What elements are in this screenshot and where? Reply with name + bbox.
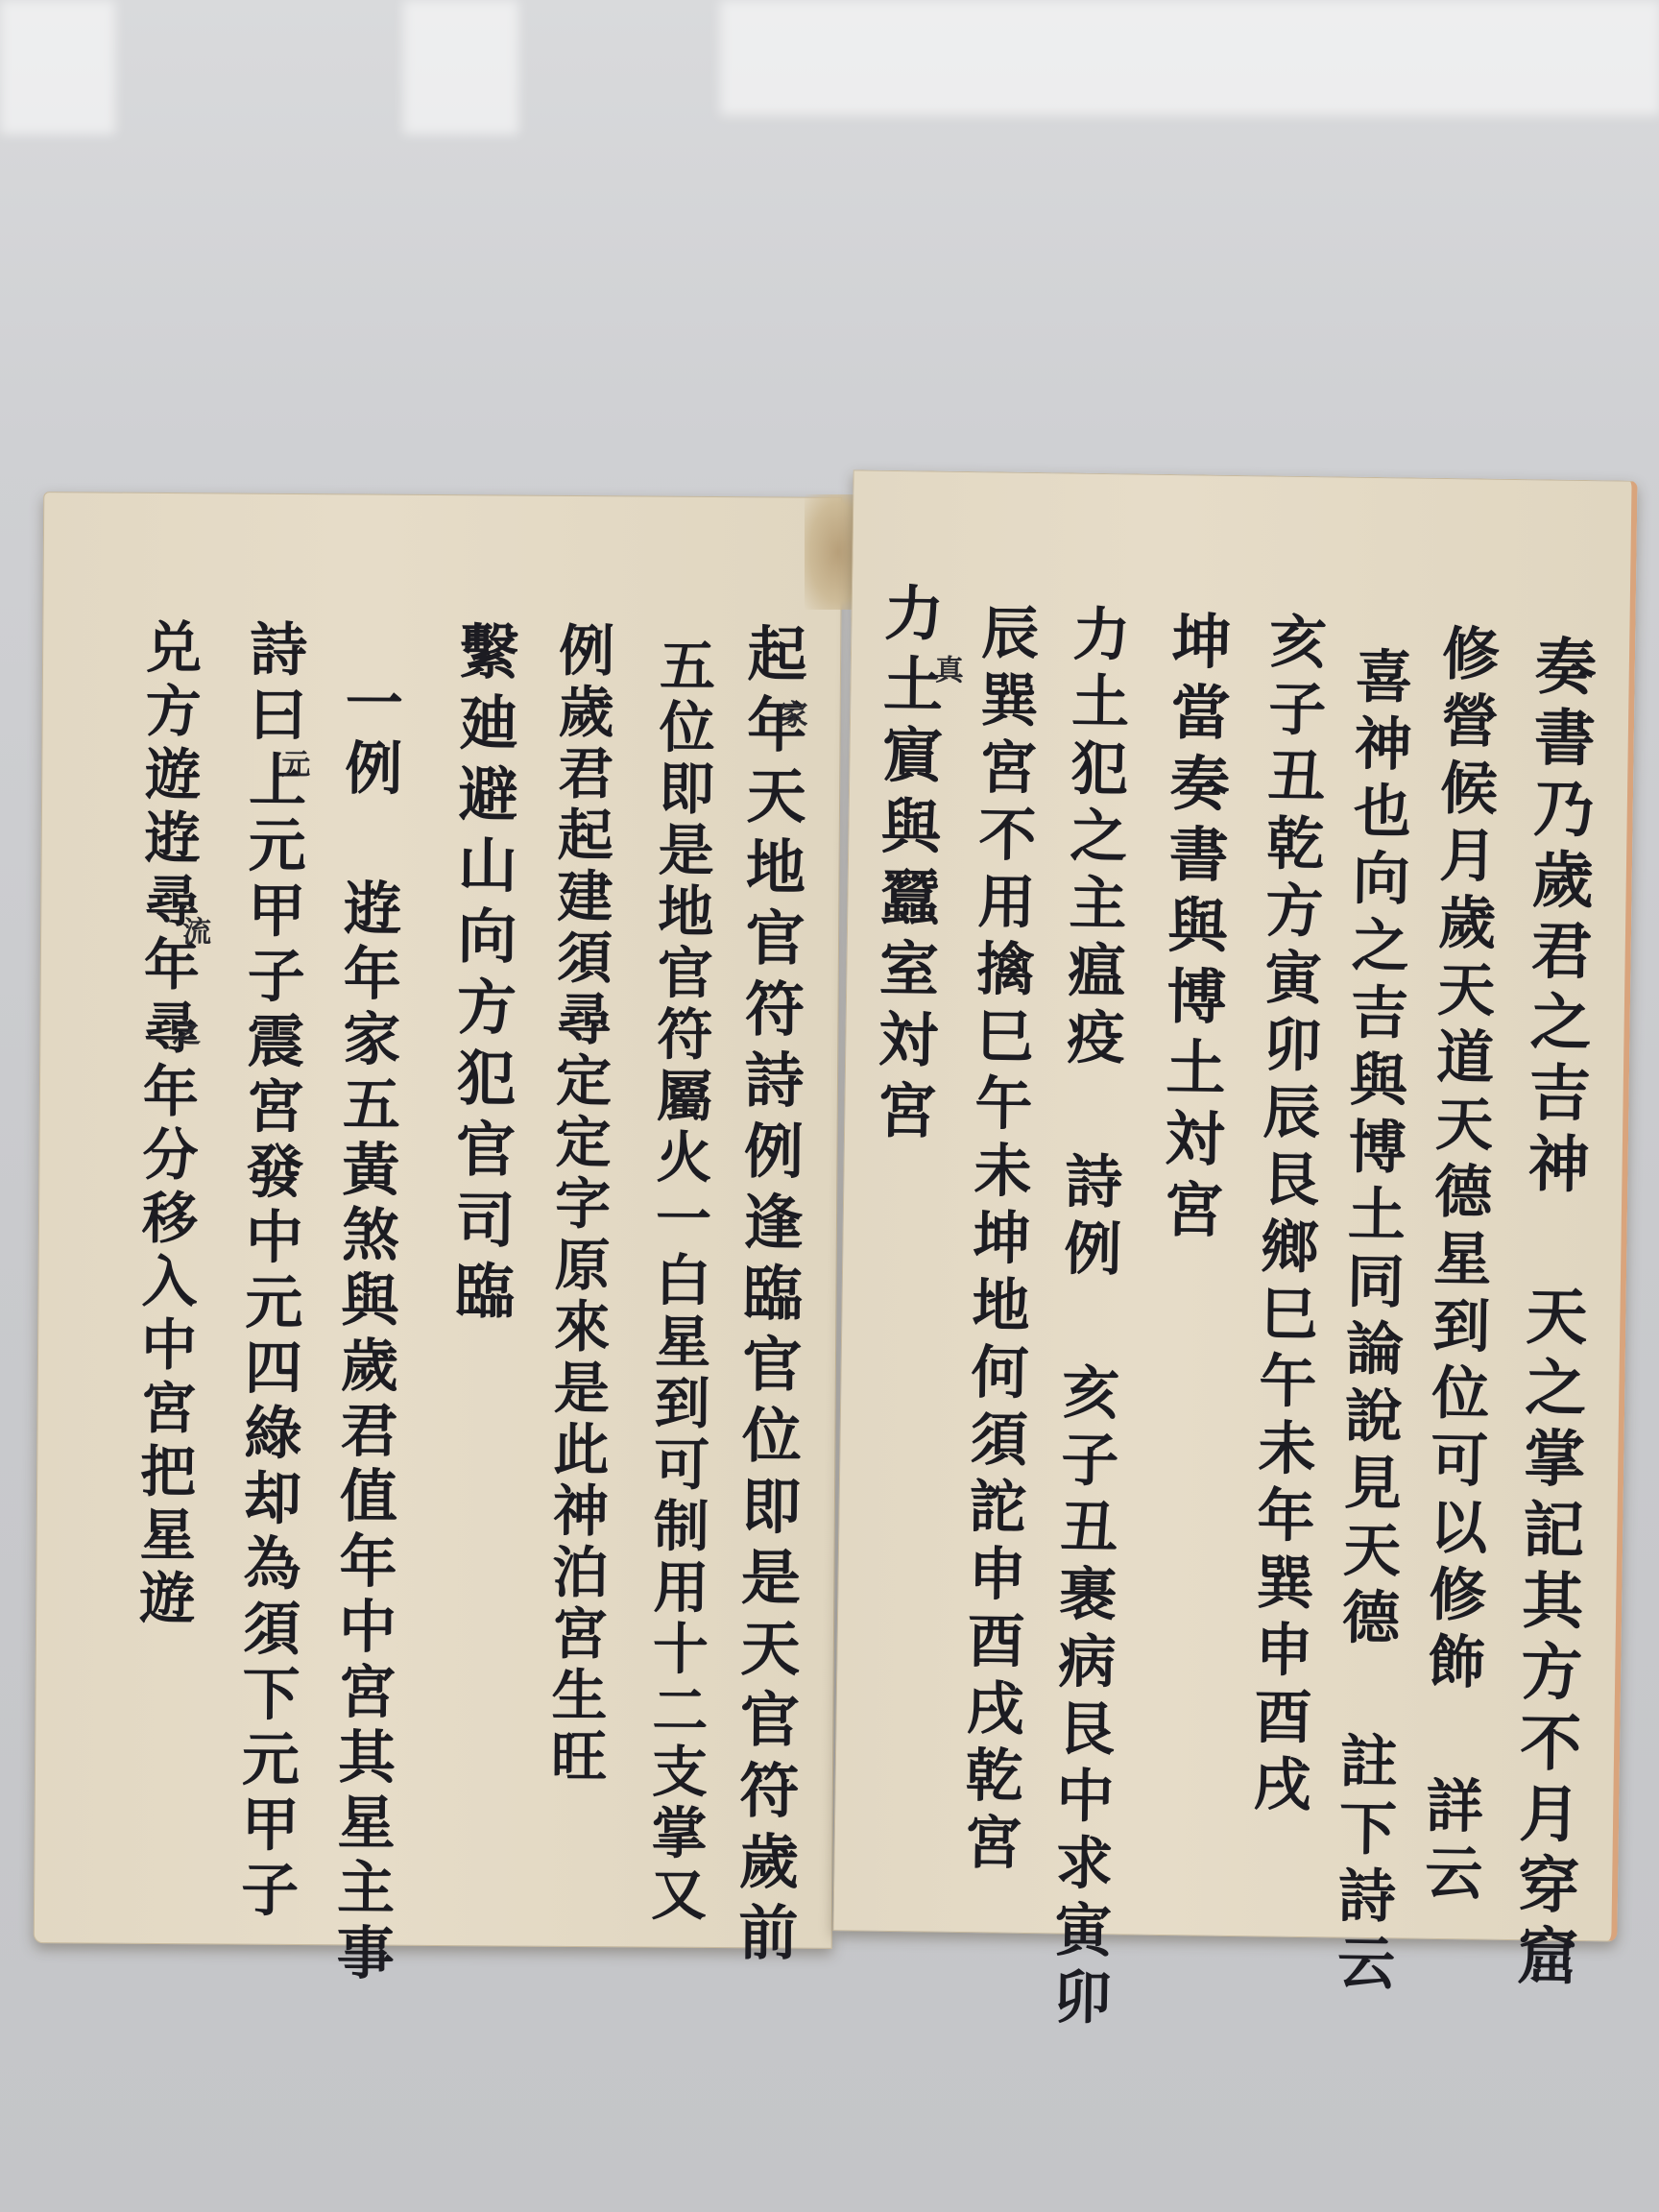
right-col-6: 力土犯之主瘟疫 詩例 亥子丑裹病艮中求寅卯 (1048, 604, 1126, 2035)
window-reflection (720, 0, 1659, 115)
right-page: 奏書乃歲君之吉神 天之掌記其方不月穿窟 修營候月歲天道天德星到位可以修飾 詳云 … (832, 469, 1637, 1941)
left-col-1-note: 家 (769, 699, 811, 728)
right-col-2: 修營候月歲天道天德星到位可以修飾 詳云 (1420, 623, 1496, 1911)
left-col-6: 詩曰上元甲子震宮發中元四綠却為須下元甲子 (236, 619, 302, 1925)
left-page: 起年天地官符詩例逢臨官位即是天官符歲前 家 五位即是地官符屬火一白星到可制用十二… (34, 492, 843, 1949)
left-col-5: 一例 逰年家五黃煞與歲君值年中宮其星主事 (331, 672, 398, 1987)
window-reflection (403, 0, 518, 134)
open-book: 起年天地官符詩例逢臨官位即是天官符歲前 家 五位即是地官符屬火一白星到可制用十二… (38, 475, 1594, 1959)
right-col-7: 辰巽宮不用擒巳午未坤地何須詑申酉戌乾宮 (959, 602, 1035, 1880)
left-col-1: 起年天地官符詩例逢臨官位即是天官符歲前 (733, 622, 803, 1972)
right-col-4: 亥子丑乾方寅卯辰艮鄉巳午未年巽申酉戌 (1248, 611, 1323, 1821)
window-reflection (0, 0, 115, 134)
left-col-2: 五位即是地官符屬火一白星到可制用十二支掌又 (646, 637, 710, 1927)
left-col-7-note-2: 之 (161, 1017, 204, 1046)
right-col-8: 力土賔與蠶室対宮 (872, 582, 939, 1151)
right-col-5: 坤當奏書與博土対宮 (1158, 610, 1226, 1250)
left-col-3: 例歲君起建須尋定定字原來是此神泊宮生旺 (546, 621, 610, 1789)
right-col-1: 奏書乃歲君之吉神 天之掌記其方不月穿窟 (1511, 634, 1592, 1995)
left-col-4: 繫廸避山向方犯官司臨 (449, 620, 514, 1331)
left-col-6-note: 元 (271, 749, 313, 778)
left-col-7-note-1: 流 (172, 916, 214, 945)
right-col-3: 喜神也向之吉與博土同論說見天德 註下詩云 (1332, 646, 1408, 2001)
left-col-7: 兑方遊逰尋年尋年分移入中宮把星遊 (134, 618, 197, 1632)
